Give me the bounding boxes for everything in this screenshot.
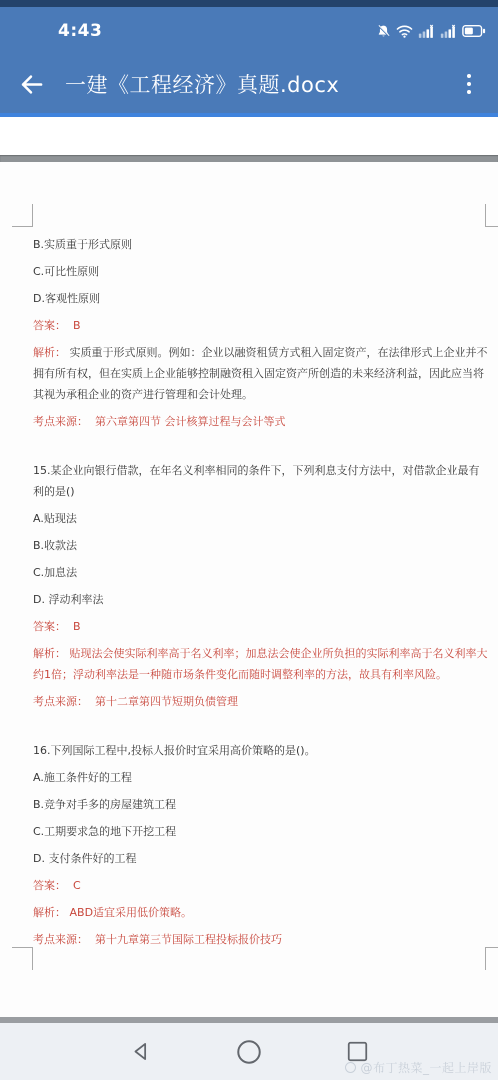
notifications-off-icon xyxy=(376,24,391,39)
text-segment: D. 支付条件好的工程 xyxy=(33,852,136,865)
paragraph-gap xyxy=(33,438,488,460)
option-line: B.实质重于形式原则 xyxy=(33,234,488,255)
answer-line: 答案： B xyxy=(33,315,488,336)
source-line: 考点来源： 第十二章第四节短期负债管理 xyxy=(33,691,488,712)
battery-icon xyxy=(462,24,486,38)
kebab-menu-icon xyxy=(467,74,472,95)
question-line: 15.某企业向银行借款，在年名义利率相同的条件下，下列利息支付方法中，对借款企业… xyxy=(33,460,488,502)
analysis-line: 解析： ABD适宜采用低价策略。 xyxy=(33,902,488,923)
watermark: @布丁热菜_一起上岸版 xyxy=(345,1059,492,1076)
analysis-line: 解析： 实质重于形式原则。例如：企业以融资租赁方式租入固定资产，在法律形式上企业… xyxy=(33,342,488,405)
back-arrow-icon xyxy=(18,71,45,98)
text-segment: 考点来源： 第十九章第三节国际工程投标报价技巧 xyxy=(33,933,282,946)
text-segment: C.可比性原则 xyxy=(33,265,99,278)
text-segment: 实质重于形式原则。例如：企业以融资租赁方式租入固定资产，在法律形式上企业并不拥有… xyxy=(33,346,488,401)
text-segment: 考点来源： 第十二章第四节短期负债管理 xyxy=(33,695,238,708)
watermark-text: @布丁热菜_一起上岸版 xyxy=(360,1059,492,1076)
option-line: C.可比性原则 xyxy=(33,261,488,282)
nav-back-button[interactable] xyxy=(127,1038,155,1066)
toolbar-strip xyxy=(0,117,498,155)
text-segment: 16.下列国际工程中,投标人报价时宜采用高价策略的是()。 xyxy=(33,744,316,757)
text-segment: D.客观性原则 xyxy=(33,292,100,305)
option-line: D.客观性原则 xyxy=(33,288,488,309)
android-nav-bar: @布丁热菜_一起上岸版 xyxy=(0,1023,498,1080)
document-title: 一建《工程经济》真题.docx xyxy=(65,69,454,99)
text-segment: 答案： B xyxy=(33,620,81,633)
text-segment: 考点来源： 第六章第四节 会计核算过程与会计等式 xyxy=(33,415,286,428)
phone-screen: 4:43 一建《工程经济》真题.docx B.实质重于形式原则C.可比性原则D.… xyxy=(0,0,498,1080)
nav-home-button[interactable] xyxy=(235,1038,263,1066)
option-line: B.收款法 xyxy=(33,535,488,556)
text-segment: 解析： xyxy=(33,906,66,919)
option-line: B.竞争对手多的房屋建筑工程 xyxy=(33,794,488,815)
page-top-divider xyxy=(0,155,498,162)
analysis-line: 解析： 贴现法会使实际利率高于名义利率；加息法会使企业所负担的实际利率高于名义利… xyxy=(33,643,488,685)
source-line: 考点来源： 第十九章第三节国际工程投标报价技巧 xyxy=(33,929,488,950)
option-line: C.工期要求急的地下开挖工程 xyxy=(33,821,488,842)
text-segment: D. 浮动利率法 xyxy=(33,593,103,606)
text-segment: B.实质重于形式原则 xyxy=(33,238,132,251)
wifi-icon xyxy=(396,24,413,39)
option-line: D. 浮动利率法 xyxy=(33,589,488,610)
overflow-menu-button[interactable] xyxy=(454,64,484,104)
source-line: 考点来源： 第六章第四节 会计核算过程与会计等式 xyxy=(33,411,488,432)
home-circle-icon xyxy=(235,1038,263,1066)
status-icons xyxy=(376,24,486,39)
text-segment: 贴现法会使实际利率高于名义利率；加息法会使企业所负担的实际利率高于名义利率大约1… xyxy=(33,647,488,681)
document-content: B.实质重于形式原则C.可比性原则D.客观性原则答案： B解析： 实质重于形式原… xyxy=(0,162,498,956)
answer-line: 答案： C xyxy=(33,875,488,896)
text-segment: ABD适宜采用低价策略。 xyxy=(66,906,192,919)
answer-line: 答案： B xyxy=(33,616,488,637)
status-time: 4:43 xyxy=(58,21,102,41)
option-line: A.贴现法 xyxy=(33,508,488,529)
app-header: 一建《工程经济》真题.docx xyxy=(0,55,498,113)
option-line: D. 支付条件好的工程 xyxy=(33,848,488,869)
text-segment: 答案： C xyxy=(33,879,81,892)
text-segment: 解析： xyxy=(33,346,66,359)
text-segment: C.工期要求急的地下开挖工程 xyxy=(33,825,176,838)
back-button[interactable] xyxy=(18,71,45,98)
paragraph-gap xyxy=(33,718,488,740)
signal-no-service-icon xyxy=(418,24,435,39)
option-line: C.加息法 xyxy=(33,562,488,583)
signal-no-service-icon xyxy=(440,24,457,39)
screen-top-edge xyxy=(0,0,498,7)
back-triangle-icon xyxy=(129,1039,154,1064)
question-line: 16.下列国际工程中,投标人报价时宜采用高价策略的是()。 xyxy=(33,740,488,761)
watermark-logo-icon xyxy=(345,1062,356,1073)
document-viewport[interactable]: B.实质重于形式原则C.可比性原则D.客观性原则答案： B解析： 实质重于形式原… xyxy=(0,162,498,1017)
text-segment: 答案： B xyxy=(33,319,81,332)
option-line: A.施工条件好的工程 xyxy=(33,767,488,788)
text-segment: A.施工条件好的工程 xyxy=(33,771,132,784)
text-segment: C.加息法 xyxy=(33,566,77,579)
text-segment: A.贴现法 xyxy=(33,512,77,525)
text-segment: 解析： xyxy=(33,647,66,660)
text-segment: B.收款法 xyxy=(33,539,77,552)
text-segment: B.竞争对手多的房屋建筑工程 xyxy=(33,798,176,811)
status-bar: 4:43 xyxy=(0,7,498,55)
text-segment: 15.某企业向银行借款，在年名义利率相同的条件下，下列利息支付方法中，对借款企业… xyxy=(33,464,480,498)
